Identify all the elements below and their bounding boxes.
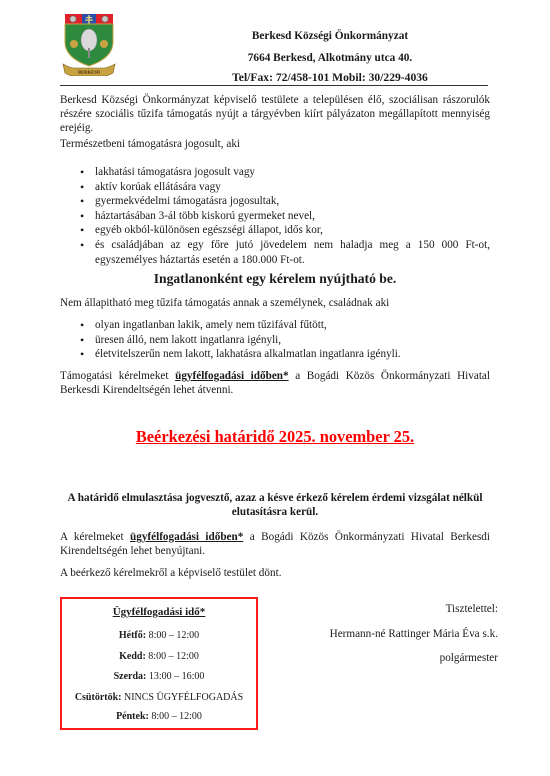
office-hours-emphasis: ügyfélfogadási időben*: [130, 531, 243, 543]
document-page: BERKESD Berkesd Községi Önkormányzat 766…: [0, 0, 550, 776]
day-label: Szerda:: [114, 671, 147, 682]
submission-paragraph: A kérelmeket ügyfélfogadási időben* a Bo…: [60, 530, 490, 558]
intro-paragraph: Berkesd Községi Önkormányzat képviselő t…: [60, 93, 490, 136]
list-item: gyermekvédelmi támogatásra jogosultak,: [60, 194, 490, 209]
time-value: 13:00 – 16:00: [146, 671, 204, 682]
office-hours-row-thursday: Csütörtök: NINCS ÜGYFÉLFOGADÁS: [62, 692, 256, 703]
office-hours-box: Ügyfélfogadási idő* Hétfő: 8:00 – 12:00 …: [60, 597, 258, 730]
organization-phone: Tel/Fax: 72/458-101 Mobil: 30/229-4036: [130, 71, 530, 84]
office-hours-title: Ügyfélfogadási idő*: [62, 606, 256, 618]
time-value: 8:00 – 12:00: [149, 711, 202, 722]
deadline-warning: A határidő elmulasztása jogvesztő, azaz …: [60, 491, 490, 519]
list-item: olyan ingatlanban lakik, amely nem tűzif…: [60, 318, 490, 333]
eligibility-list: lakhatási támogatásra jogosult vagy aktí…: [60, 165, 490, 267]
signature-title: polgármester: [440, 652, 498, 664]
time-value: 8:00 – 12:00: [146, 651, 199, 662]
collection-paragraph: Támogatási kérelmeket ügyfélfogadási idő…: [60, 369, 490, 397]
office-hours-row-tuesday: Kedd: 8:00 – 12:00: [62, 651, 256, 662]
time-value: 8:00 – 12:00: [146, 630, 199, 641]
list-item: üresen álló, nem lakott ingatlanra igény…: [60, 333, 490, 348]
list-item: aktív korúak ellátására vagy: [60, 180, 490, 195]
time-value: NINCS ÜGYFÉLFOGADÁS: [121, 692, 243, 703]
submission-text-before: A kérelmeket: [60, 531, 130, 543]
list-item: háztartásában 3-ál több kiskorú gyermeke…: [60, 209, 490, 224]
svg-text:BERKESD: BERKESD: [78, 70, 101, 75]
header-divider: [60, 85, 488, 86]
list-item: és családjában az egy főre jutó jövedele…: [60, 238, 490, 267]
organization-address: 7664 Berkesd, Alkotmány utca 40.: [130, 52, 530, 64]
office-hours-emphasis: ügyfélfogadási időben*: [175, 370, 289, 382]
office-hours-row-friday: Péntek: 8:00 – 12:00: [62, 711, 256, 722]
berkesd-coat-of-arms-icon: BERKESD: [60, 10, 118, 76]
list-item: lakhatási támogatásra jogosult vagy: [60, 165, 490, 180]
day-label: Hétfő:: [119, 630, 146, 641]
list-item: egyéb okból-különösen egészségi állapot,…: [60, 223, 490, 238]
deadline-heading: Beérkezési határidő 2025. november 25.: [60, 427, 490, 447]
signature-greeting: Tisztelettel:: [446, 603, 498, 615]
organization-name: Berkesd Községi Önkormányzat: [130, 30, 530, 42]
day-label: Péntek:: [116, 711, 149, 722]
one-per-property-heading: Ingatlanonként egy kérelem nyújtható be.: [60, 271, 490, 287]
collection-text-before: Támogatási kérelmeket: [60, 370, 175, 382]
office-hours-row-wednesday: Szerda: 13:00 – 16:00: [62, 671, 256, 682]
exclusion-list: olyan ingatlanban lakik, amely nem tűzif…: [60, 318, 490, 362]
office-hours-row-monday: Hétfő: 8:00 – 12:00: [62, 630, 256, 641]
eligibility-intro: Természetbeni támogatásra jogosult, aki: [60, 137, 490, 151]
day-label: Csütörtök:: [75, 692, 122, 703]
signature-name: Hermann-né Rattinger Mária Éva s.k.: [330, 628, 498, 640]
list-item: életvitelszerűn nem lakott, lakhatásra a…: [60, 347, 490, 362]
day-label: Kedd:: [119, 651, 146, 662]
decision-paragraph: A beérkező kérelmekről a képviselő testü…: [60, 566, 490, 580]
exclusion-intro: Nem állapitható meg tűzifa támogatás ann…: [60, 296, 490, 310]
